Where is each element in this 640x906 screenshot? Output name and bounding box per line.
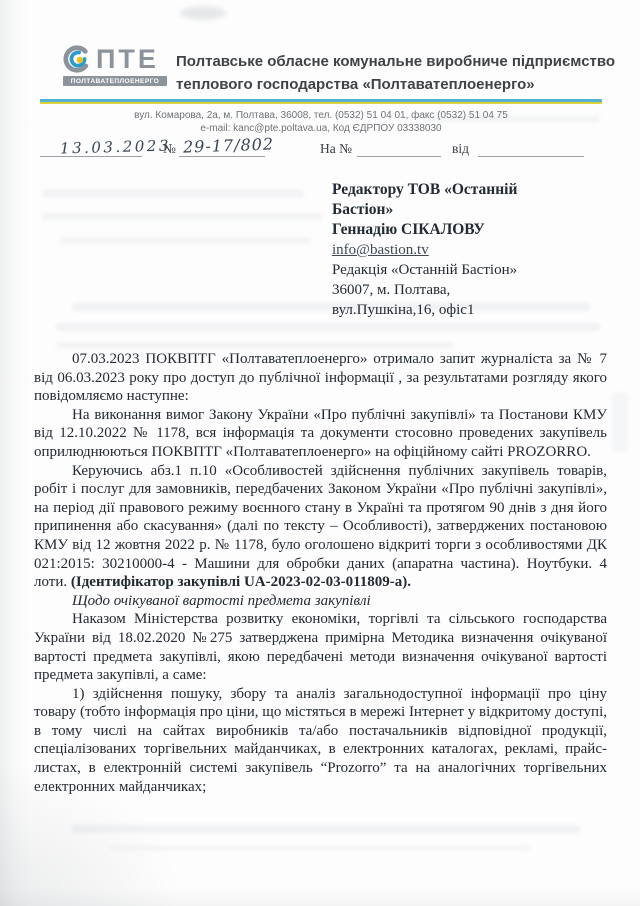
company-name: Полтавське обласне комунальне виробниче …: [176, 50, 618, 96]
paragraph-methodology: Наказом Міністерства розвитку економіки,…: [34, 610, 607, 684]
letter-body: 07.03.2023 ПОКВПТГ «Полтаватеплоенерго» …: [34, 350, 607, 796]
logo-subtitle: ПОЛТАВАТЕПЛОЕНЕРГО: [63, 76, 167, 86]
recipient-email: info@bastion.tv: [332, 240, 602, 260]
paragraph-procurement: Керуючись абз.1 п.10 «Особливостей здійс…: [34, 462, 607, 592]
bleed-through-artifact: [56, 342, 454, 349]
scanned-letter-page: ПТЕ ПОЛТАВАТЕПЛОЕНЕРГО Полтавське обласн…: [0, 0, 640, 906]
letterhead-address: вул. Комарова, 2а, м. Полтава, 36008, те…: [40, 110, 602, 135]
flag-divider: [40, 99, 602, 104]
bleed-through-artifact: [42, 190, 304, 197]
recipient-postal-city: 36007, м. Полтава,: [332, 280, 602, 300]
recipient-street: вул.Пушкіна,16, офіс1: [332, 300, 602, 320]
logo-ring-icon: [63, 44, 93, 74]
from-date-underline: [478, 136, 584, 157]
incoming-number-underline: [357, 136, 441, 157]
outgoing-number-label: №: [163, 141, 176, 157]
procurement-identifier: (Ідентифікатор закупівлі UA-2023-02-03-0…: [71, 574, 411, 590]
paragraph-procurement-text: Керуючись абз.1 п.10 «Особливостей здійс…: [34, 463, 607, 591]
logo-abbreviation: ПТЕ: [96, 46, 159, 73]
handwritten-number: 29-17/802: [183, 134, 275, 156]
bleed-through-artifact: [72, 825, 580, 833]
address-line-2: e-mail: kanc@pte.poltava.ua, Код ЄДРПОУ …: [40, 123, 602, 136]
bleed-through-artifact: [110, 845, 530, 851]
company-logo: ПТЕ ПОЛТАВАТЕПЛОЕНЕРГО: [63, 44, 167, 86]
handwritten-date: 13.03.2023: [60, 137, 171, 158]
from-date-label: від: [452, 141, 469, 157]
paragraph-intro: 07.03.2023 ПОКВПТГ «Полтаватеплоенерго» …: [34, 350, 607, 406]
bleed-through-artifact: [60, 237, 312, 244]
divider-yellow-stripe: [40, 102, 602, 104]
reference-row: 13.03.2023 № 29-17/802 На № від: [0, 136, 640, 164]
recipient-title-line-1: Редактору ТОВ «Останній: [332, 180, 602, 200]
bleed-through-artifact: [56, 323, 600, 331]
paragraph-subject-heading: Щодо очікуваної вартості предмета закупі…: [34, 592, 607, 611]
recipient-organization: Редакція «Останній Бастіон»: [332, 260, 602, 280]
bleed-through-artifact: [612, 392, 628, 452]
paragraph-prozorro: На виконання вимог Закону України «Про п…: [34, 406, 607, 462]
bleed-through-artifact: [42, 213, 322, 220]
scan-smudge-artifact: [180, 6, 226, 20]
incoming-number-label: На №: [320, 141, 352, 157]
recipient-title-line-2: Бастіон»: [332, 200, 602, 220]
paragraph-method-one: 1) здійснення пошуку, збору та аналіз за…: [34, 685, 607, 797]
address-line-1: вул. Комарова, 2а, м. Полтава, 36008, те…: [40, 110, 602, 123]
recipient-block: Редактору ТОВ «Останній Бастіон» Геннаді…: [332, 180, 602, 320]
recipient-name: Геннадію СІКАЛОВУ: [332, 220, 602, 240]
